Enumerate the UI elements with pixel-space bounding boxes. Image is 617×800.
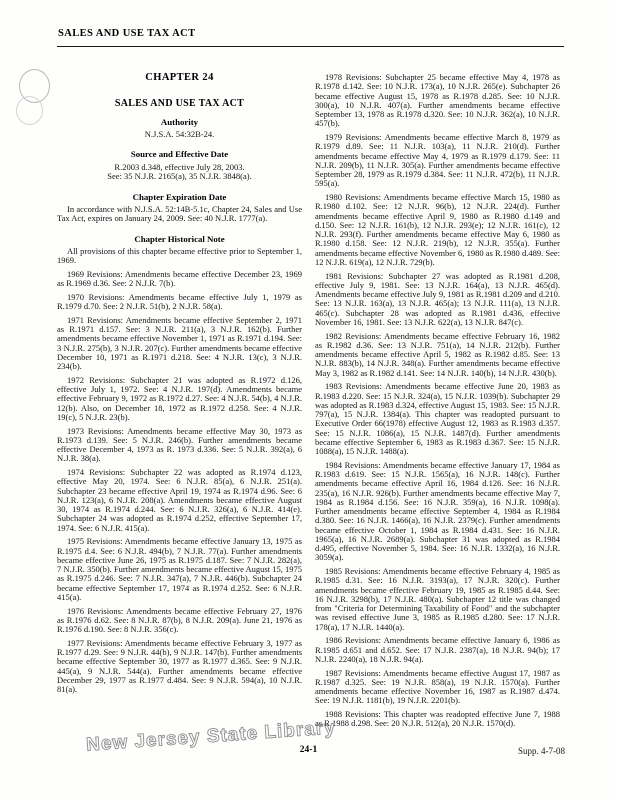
historical-paragraph: 1981 Revisions: Subchapter 27 was adopte… [315, 272, 560, 328]
historical-paragraphs-continued: 1978 Revisions: Subchapter 25 became eff… [315, 73, 560, 729]
chapter-heading: CHAPTER 24 [57, 73, 302, 82]
document-page: SALES AND USE TAX ACT CHAPTER 24 SALES A… [0, 0, 617, 800]
authority-citation: N.J.S.A. 54:32B-24. [57, 130, 302, 140]
historical-paragraph: 1974 Revisions: Subchapter 22 was adopte… [57, 468, 302, 533]
historical-paragraph: 1976 Revisions: Amendments became effect… [57, 607, 302, 635]
authority-heading: Authority [57, 118, 302, 127]
chapter-title: SALES AND USE TAX ACT [57, 99, 302, 108]
historical-paragraph: 1975 Revisions: Amendments became effect… [57, 537, 302, 602]
two-column-body: CHAPTER 24 SALES AND USE TAX ACT Authori… [57, 48, 561, 733]
right-column: 1978 Revisions: Subchapter 25 became eff… [315, 48, 560, 733]
historical-paragraph: 1985 Revisions: Amendments became effect… [315, 567, 560, 632]
historical-paragraph: 1970 Revisions: Amendments became effect… [57, 293, 302, 312]
expiration-heading: Chapter Expiration Date [57, 193, 302, 202]
left-column: CHAPTER 24 SALES AND USE TAX ACT Authori… [57, 48, 302, 733]
historical-paragraph: 1983 Revisions: Amendments became effect… [315, 382, 560, 456]
historical-paragraph: 1978 Revisions: Subchapter 25 became eff… [315, 73, 560, 129]
historical-paragraph: 1973 Revisions: Amendments became effect… [57, 427, 302, 464]
historical-paragraph: 1984 Revisions: Amendments became effect… [315, 461, 560, 563]
historical-note-heading: Chapter Historical Note [57, 235, 302, 244]
historical-paragraph: 1980 Revisions: Amendments became effect… [315, 193, 560, 267]
historical-paragraph: 1971 Revisions: Amendments became effect… [57, 316, 302, 372]
supplement-date: Supp. 4-7-08 [518, 746, 565, 756]
historical-paragraph: 1977 Revisions: Amendments became effect… [57, 639, 302, 695]
running-header: SALES AND USE TAX ACT [58, 28, 563, 39]
source-heading: Source and Effective Date [57, 150, 302, 159]
historical-paragraph: 1982 Revisions: Amendments became effect… [315, 332, 560, 378]
historical-paragraph: 1988 Revisions: This chapter was readopt… [315, 710, 560, 729]
historical-paragraph: 1979 Revisions: Amendments became effect… [315, 133, 560, 189]
historical-paragraph: 1986 Revisions: Amendments became effect… [315, 636, 560, 664]
expiration-paragraph: In accordance with N.J.S.A. 52:14B-5.1c,… [57, 205, 302, 224]
historical-paragraph: All provisions of this chapter became ef… [57, 247, 302, 266]
historical-paragraphs: All provisions of this chapter became ef… [57, 247, 302, 695]
header-rule [57, 46, 564, 47]
hole-punch-mark [16, 96, 43, 125]
source-line: See: 35 N.J.R. 2165(a), 35 N.J.R. 3848(a… [57, 172, 302, 182]
historical-paragraph: 1972 Revisions: Subchapter 21 was adopte… [57, 376, 302, 422]
historical-paragraph: 1969 Revisions: Amendments became effect… [57, 270, 302, 289]
historical-paragraph: 1987 Revisions: Amendments became effect… [315, 669, 560, 706]
